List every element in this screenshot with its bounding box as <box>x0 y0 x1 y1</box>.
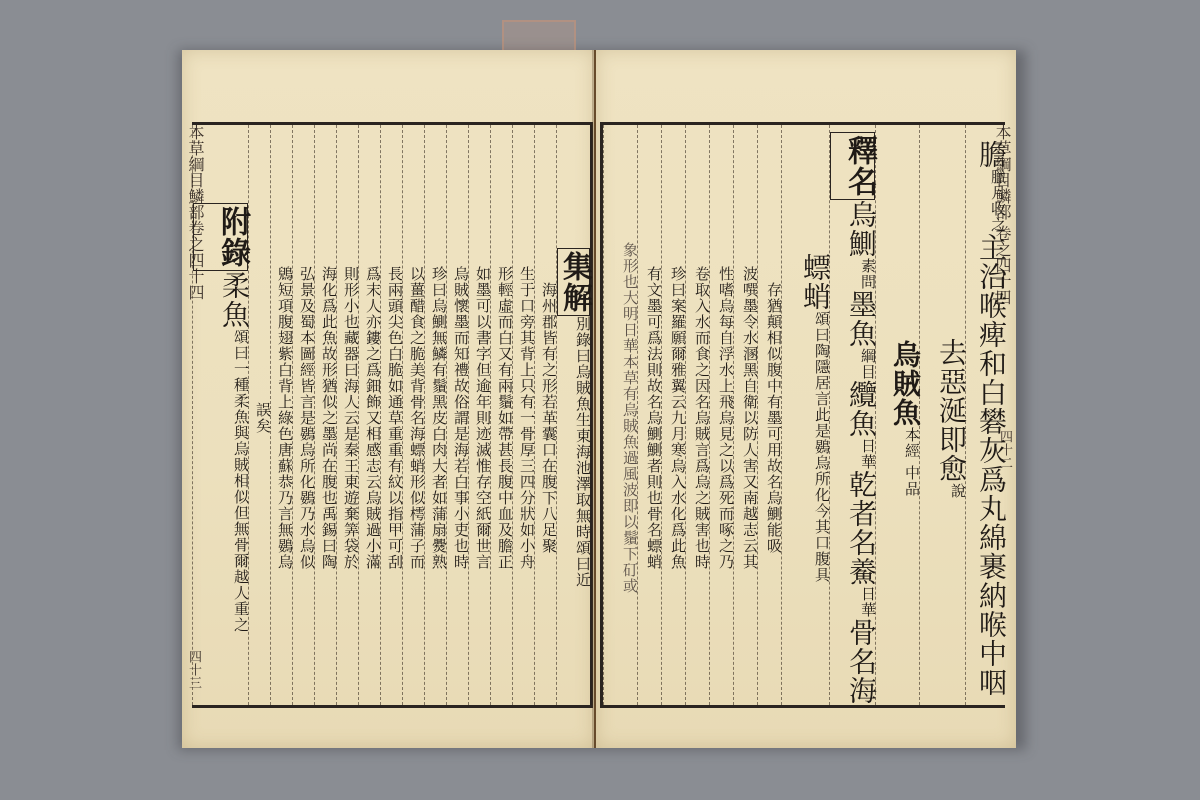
right-text-frame: 膽 臘月收之 主治喉痺和白礬灰爲丸綿裹納喉中咽 去惡涎即愈 說 烏賊魚 本經 中… <box>600 122 1005 708</box>
entry-title-wuzeiyu: 烏賊魚 <box>876 340 919 427</box>
text-column: 形輕虛而白又有兩鬚如帶甚長腹中血及膽正 <box>490 125 512 705</box>
text-column: 波噀墨令水溷黑自衛以防人害又南越志云其 <box>733 125 757 705</box>
text-column: 集解 別錄曰烏賊魚生東海池澤取無時頌曰近 <box>556 125 590 705</box>
text-column: 象形也大明日華本草有烏賊魚過風波即以鬚下矴或 <box>603 125 637 705</box>
section-label-fulu: 附錄 <box>193 203 248 271</box>
entry-heading-column: 烏賊魚 本經 中品 <box>875 125 919 705</box>
text-column: 則形小也藏器曰海人云是秦王東遊棄筭袋於 <box>336 125 358 705</box>
text-column: 誤矣 <box>248 125 270 705</box>
text-column: 性嗜烏每自浮水上飛烏見之以爲死而啄之乃 <box>709 125 733 705</box>
section-label-jijie: 集解 <box>557 248 590 316</box>
text-column: 螵蛸 頌曰陶隱居言此是鷃烏所化今其口腹具 <box>781 125 829 705</box>
text-column: 弘景及蜀本圖經皆言是鷃烏所化鷃乃水烏似 <box>292 125 314 705</box>
text-column-appendix: 附錄 柔魚 頌曰一種柔魚與烏賊相似但無骨爾越人重之 <box>192 125 248 705</box>
text-column: 卷取入水而食之因名烏賊言爲烏之賊害也時 <box>685 125 709 705</box>
left-page: 本草綱目鱗部卷之四十四 四十三 集解 別錄曰烏賊魚生東海池澤取無時頌曰近 海州郡… <box>182 50 596 748</box>
text-column: 長兩頭尖色白脆如通草重重有紋以指甲可刮 <box>380 125 402 705</box>
open-book: 本草綱目鱗部卷之四十四 四十三 集解 別錄曰烏賊魚生東海池澤取無時頌曰近 海州郡… <box>182 50 1016 748</box>
text-column: 以薑醋食之脆美背骨名海螵蛸形似樗蒲子而 <box>402 125 424 705</box>
text-column: 海州郡皆有之形若革囊口在腹下八足聚 <box>534 125 556 705</box>
text-column: 膽 臘月收之 主治喉痺和白礬灰爲丸綿裹納喉中咽 <box>965 125 1005 705</box>
text-column: 珍曰案羅願爾雅翼云九月寒烏入水化爲此魚 <box>661 125 685 705</box>
text-column: 珍曰烏鰂無鱗有鬚黑皮白肉大者如蒲扇㸑熟 <box>424 125 446 705</box>
text-column: 海化爲此魚故形猶似之墨尚在腹也禹錫曰陶 <box>314 125 336 705</box>
text-column: 烏賊懷墨而知禮故俗謂是海若白事小吏也時 <box>446 125 468 705</box>
text-column: 存猶顛相似腹中有墨可用故名烏鰂能吸 <box>757 125 781 705</box>
text-column: 釋名 烏鰂 素問 墨魚 綱目 纜魚 日華 乾者名鯗 日華 骨名海 <box>829 125 875 705</box>
text-column: 爲末人亦鏤之爲鈿飾又相感志云烏賊過小滿 <box>358 125 380 705</box>
section-label-shiming: 釋名 <box>830 132 875 200</box>
text-column: 有文墨可爲法則故名烏鰂鰂者則也骨名螵蛸 <box>637 125 661 705</box>
right-page: 本草綱目鱗部 卷之四十四 四十二 膽 臘月收之 主治喉痺和白礬灰爲丸綿裹納喉中咽… <box>596 50 1016 748</box>
text-column: 如墨可以書字但逾年則迹滅惟存空紙爾世言 <box>468 125 490 705</box>
text-column: 鶂短項腹翅紫白背上綠色唐蘇恭乃言無鷃烏 <box>270 125 292 705</box>
text-column: 去惡涎即愈 說 <box>919 125 965 705</box>
text-column: 生于口旁其背上只有一骨厚三四分狀如小舟 <box>512 125 534 705</box>
left-text-frame: 集解 別錄曰烏賊魚生東海池澤取無時頌曰近 海州郡皆有之形若革囊口在腹下八足聚 生… <box>192 122 593 708</box>
